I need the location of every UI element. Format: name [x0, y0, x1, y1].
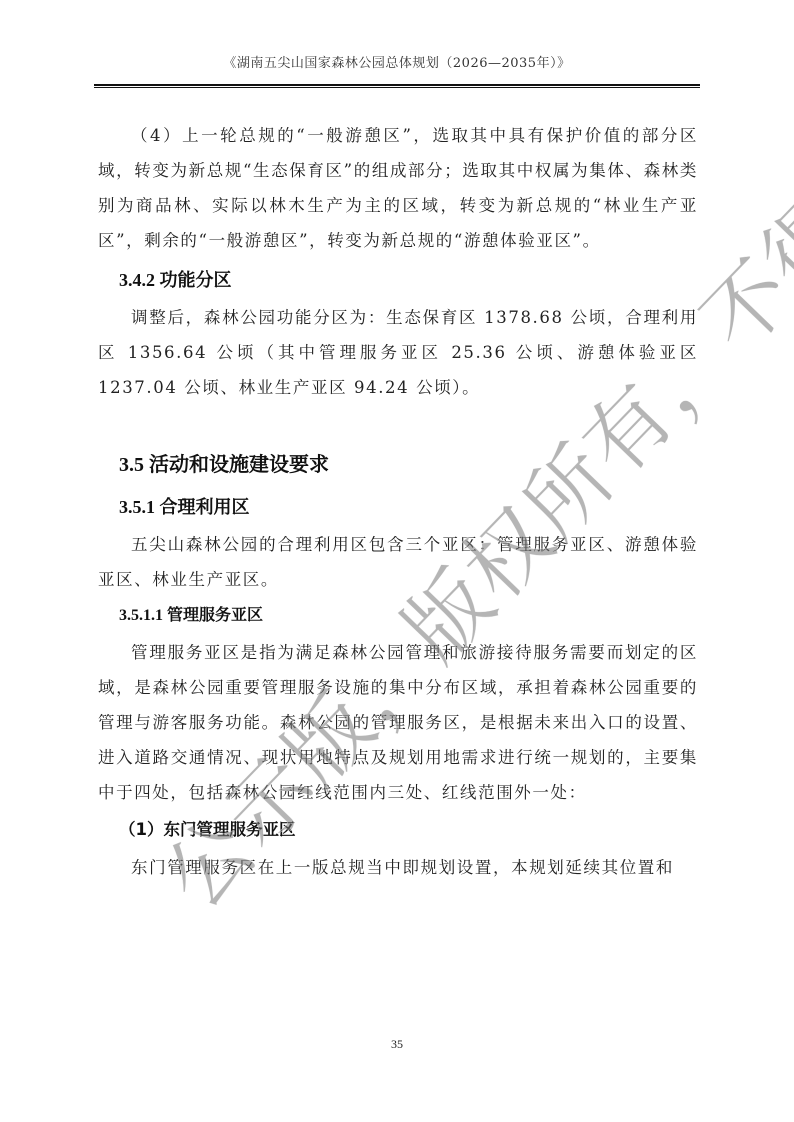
document-header-title: 《湖南五尖山国家森林公园总体规划（2026—2035年）》	[0, 52, 794, 71]
paragraph-east-gate: 东门管理服务区在上一版总规当中即规划设置，本规划延续其位置和	[98, 850, 698, 885]
paragraph-management-service-subzone: 管理服务亚区是指为满足森林公园管理和旅游接待服务需要而划定的区域，是森林公园重要…	[98, 635, 698, 810]
heading-3-5-1: 3.5.1 合理利用区	[98, 487, 698, 527]
paragraph-functional-zoning: 调整后，森林公园功能分区为：生态保育区 1378.68 公顷，合理利用区 135…	[98, 300, 698, 405]
heading-3-5-1-1: 3.5.1.1 管理服务亚区	[98, 597, 698, 635]
header-divider	[94, 84, 700, 88]
item-east-gate-subzone: （1）东门管理服务亚区	[98, 810, 698, 850]
section-spacer	[98, 405, 698, 443]
heading-3-4-2: 3.4.2 功能分区	[98, 260, 698, 300]
paragraph-reasonable-use-zone: 五尖山森林公园的合理利用区包含三个亚区：管理服务亚区、游憩体验亚区、林业生产亚区…	[98, 527, 698, 597]
paragraph-zone-conversion: （4）上一轮总规的“一般游憩区”，选取其中具有保护价值的部分区域，转变为新总规“…	[98, 118, 698, 258]
heading-3-5: 3.5 活动和设施建设要求	[98, 443, 698, 487]
page-number: 35	[0, 1037, 794, 1052]
page-body: （4）上一轮总规的“一般游憩区”，选取其中具有保护价值的部分区域，转变为新总规“…	[98, 118, 698, 885]
